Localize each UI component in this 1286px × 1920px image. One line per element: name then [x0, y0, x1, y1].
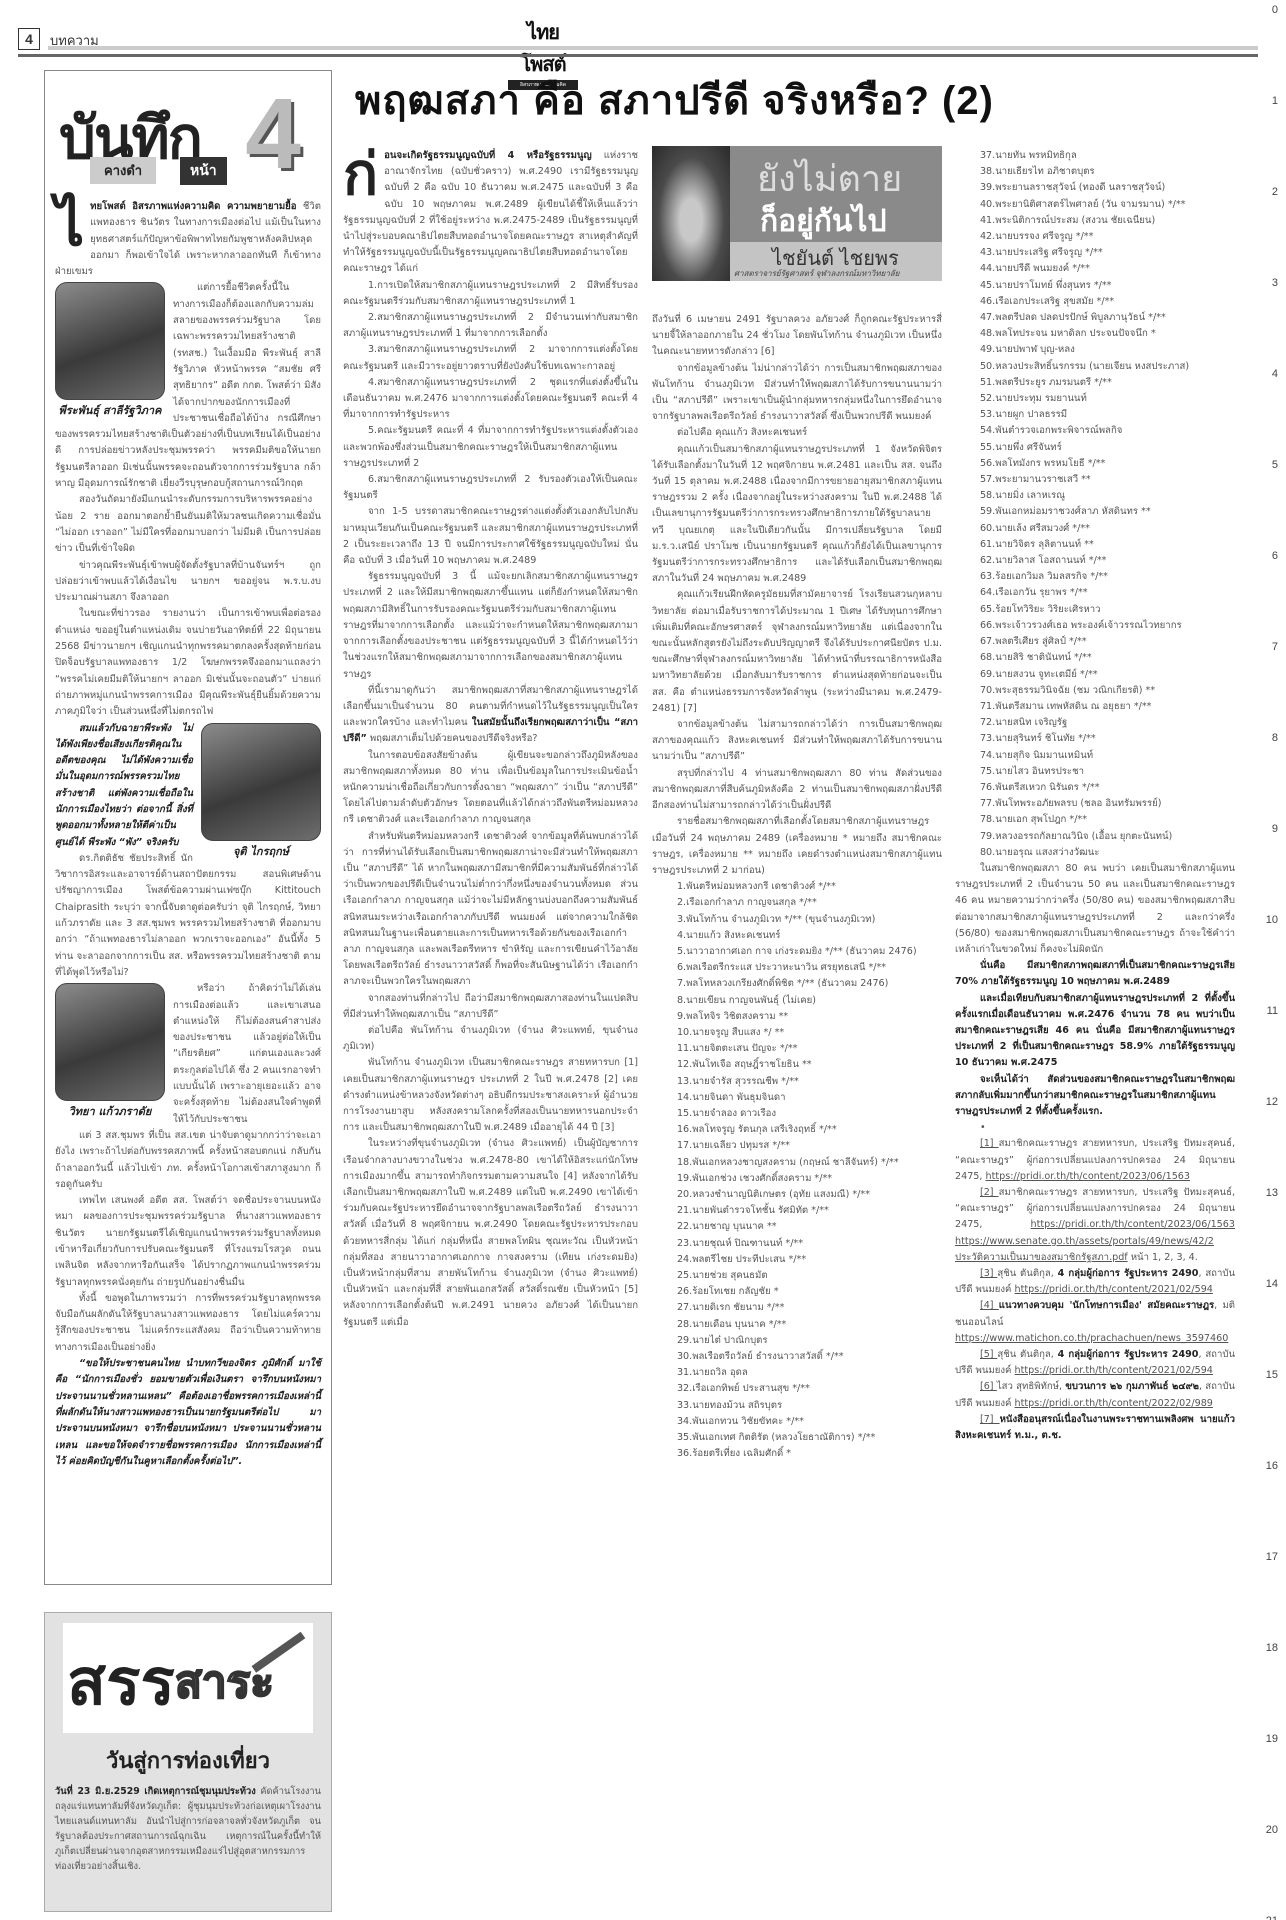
member-list-item: 71.พันตรีสมาน เทพหัสดิน ณ อยุธยา */** — [955, 699, 1235, 715]
member-list-item: 6.พลเรือตรีกระแส ประวาหะนาวิน ศรยุทธเสนี… — [652, 960, 942, 976]
ruler-tick: 7 — [1272, 641, 1278, 653]
member-list-item: 68.นายสิริ ชาตินันทน์ */** — [955, 650, 1235, 666]
dropcap: ไ — [55, 201, 84, 251]
header-rule-light — [48, 46, 1258, 50]
member-list-item: 4.นายแก้ว สิงหะคเชนทร์ — [652, 928, 942, 944]
member-list-item: 2.เรือเอกกำลาภ กาญจนสกุล */** — [652, 895, 942, 911]
column-body: ไทยโพสต์ อิสรภาพแห่งความคิด ความพยายามยื… — [55, 199, 321, 1470]
member-list-item: 69.นายสงวน จูทะเตมีย์ */** — [955, 667, 1235, 683]
member-list-item: 77.พันโทพระอภัยพลรบ (ชลอ อินทรัมพรรย์) — [955, 796, 1235, 812]
member-list-item: 47.พลตรีปลด ปลดปรปักษ์ พิบูลภานุวัธน์ */… — [955, 310, 1235, 326]
member-list-item: 51.พลตรีประยูร ภมรมนตรี */** — [955, 375, 1235, 391]
sansara-title: วันสู่การท่องเที่ยว — [55, 1743, 321, 1778]
article-column-1: ก่อนจะเกิดรัฐธรรมนูญฉบับที่ 4 หรือรัฐธรร… — [343, 148, 638, 1331]
member-list-item: 65.ร้อยโทวิริยะ วิริยะเศิรหาว — [955, 602, 1235, 618]
member-list-item: 27.นายดิเรก ชัยนาม */** — [652, 1300, 942, 1316]
member-list-item: 78.นายเอก สุพโปฎก */** — [955, 812, 1235, 828]
member-list-item: 56.พลโทมังกร พรหมโยธี */** — [955, 456, 1235, 472]
page-ruler: 0123456789101112131415161718192021 — [1246, 0, 1286, 1920]
member-list-item: 3.พันโทก้าน จำนงภูมิเวท */** (ขุนจำนงภูม… — [652, 912, 942, 928]
article-column-3: 37.นายทัน พรหมิทธิกุล38.นายเธียรไท อภิชา… — [955, 148, 1235, 1444]
ruler-tick: 13 — [1266, 1187, 1278, 1199]
member-list-item: 67.พลตรีเศียร สู่ศิลป์ */** — [955, 634, 1235, 650]
member-list-item: 70.พระสุธรรมวินิจฉัย (ชม วณิกเกียรติ) ** — [955, 683, 1235, 699]
ruler-tick: 2 — [1272, 186, 1278, 198]
ruler-tick: 6 — [1272, 550, 1278, 562]
article-headline: พฤฒสภา คือ สภาปรีดี จริงหรือ? (2) — [355, 68, 1235, 132]
header-rule — [18, 54, 1258, 57]
page-header: 4 บทความ ไทยโพสต์ อิสรภาพแห่งความคิด — [18, 24, 1258, 54]
member-list-item: 10.นายจรูญ สืบแสง */ ** — [652, 1025, 942, 1041]
ruler-tick: 15 — [1266, 1369, 1278, 1381]
reference-number-link[interactable]: [4] — [980, 1300, 999, 1311]
reference-url-link[interactable]: https://pridi.or.th/th/content/2022/02/9… — [1015, 1398, 1213, 1409]
member-list-item: 36.ร้อยตรีเที่ยง เฉลิมศักดิ์ * — [652, 1446, 942, 1462]
member-list-item: 73.นายสุรินทร์ ชิโนทัย */** — [955, 731, 1235, 747]
member-list-item: 26.ร้อยโทเชย กลัญชัย * — [652, 1284, 942, 1300]
member-list-item: 14.นายจินดา พันธุมจินดา — [652, 1090, 942, 1106]
member-list-item: 52.นายประทุม รมยานนท์ — [955, 391, 1235, 407]
member-list-item: 63.ร้อยเอกวิมล วิมลสรกิจ */** — [955, 569, 1235, 585]
member-list-item: 37.นายทัน พรหมิทธิกุล — [955, 148, 1235, 164]
member-list-item: 32.เรือเอกทิพย์ ประสานสุข */** — [652, 1381, 942, 1397]
member-list-item: 35.พันเอกเทศ กิตติรัต (หลวงโยธาณัติการ) … — [652, 1430, 942, 1446]
ruler-tick: 3 — [1272, 277, 1278, 289]
column-banner: บันทึก 4 คางดำ หน้า — [55, 79, 321, 199]
member-list-item: 29.นายไต๋ ปาณิกบุตร — [652, 1333, 942, 1349]
reference-url-link[interactable]: https://www.matichon.co.th/prachachuen/n… — [955, 1333, 1228, 1344]
member-list-item: 25.นายช่วย สุคนธมัต — [652, 1268, 942, 1284]
member-list-item: 11.นายจิตตะเสน ปัญจะ */** — [652, 1041, 942, 1057]
member-list-item: 48.พลโทประจน มหาดิลก ประจนปัจจนึก * — [955, 326, 1235, 342]
page-number: 4 — [18, 28, 40, 50]
reference-url-link[interactable]: https://pridi.or.th/th/content/2023/06/1… — [986, 1171, 1191, 1182]
member-list-item: 79.หลวงอรรถกัลยาณวินิจ (เอื้อน ยุกตะนันท… — [955, 829, 1235, 845]
member-list-item: 55.นายพึ่ง ศรีจันทร์ — [955, 440, 1235, 456]
member-list-item: 44.นายปรีดี พนมยงค์ */** — [955, 261, 1235, 277]
photo-juti: จุติ ไกรฤกษ์ — [201, 723, 321, 859]
member-list-item: 74.นายสุกิจ นิมมานเหมินท์ — [955, 748, 1235, 764]
portrait-image — [55, 983, 165, 1101]
ruler-tick: 12 — [1266, 1096, 1278, 1108]
reference-item: [3] สุชิน ตันติกุล, 4 กลุ่มผู้ก่อการ รัฐ… — [955, 1266, 1235, 1298]
member-list-item: 40.พระยานิติศาสตร์ไพศาลย์ (วัน จามรมาน) … — [955, 197, 1235, 213]
member-list-part-2: 37.นายทัน พรหมิทธิกุล38.นายเธียรไท อภิชา… — [955, 148, 1235, 861]
member-list-item: 38.นายเธียรไท อภิชาตบุตร — [955, 164, 1235, 180]
member-list-item: 20.หลวงชำนาญนิติเกษตร (อุทัย แสงมณี) */*… — [652, 1187, 942, 1203]
member-list-item: 28.นายเดือน บุนนาค */** — [652, 1317, 942, 1333]
reference-item: [1] สมาชิกคณะราษฎร สายทหารบก, ประเสริฐ ป… — [955, 1136, 1235, 1185]
portrait-image — [55, 282, 165, 400]
member-list-item: 46.เรือเอกประเสริฐ สุขสมัย */** — [955, 294, 1235, 310]
reference-number-link[interactable]: [6] — [980, 1381, 997, 1392]
member-list-item: 19.พันเอกช่วง เชวงศักดิ์สงคราม */** — [652, 1171, 942, 1187]
reference-number-link[interactable]: [3] — [980, 1268, 997, 1279]
member-list-item: 22.นายชาญ บุนนาค ** — [652, 1219, 942, 1235]
dropcap: ก่ — [343, 150, 378, 200]
member-list-item: 42.นายบรรจง ศรีจรูญ */** — [955, 229, 1235, 245]
photo-peerapan: พีระพันธุ์ สาลีรัฐวิภาค — [55, 282, 165, 418]
ruler-tick: 8 — [1272, 732, 1278, 744]
reference-item: [5] สุชิน ตันติกุล, 4 กลุ่มผู้ก่อการ รัฐ… — [955, 1347, 1235, 1379]
reference-number-link[interactable]: [7] — [980, 1414, 1000, 1425]
reference-url-link[interactable]: https://pridi.or.th/th/content/2021/02/5… — [1015, 1284, 1213, 1295]
reference-url-link[interactable]: https://pridi.or.th/th/content/2021/02/5… — [1015, 1365, 1213, 1376]
photo-wittaya: วิทยา แก้วภราดัย — [55, 983, 165, 1119]
member-list-item: 45.นายปราโมทย์ พึ่งสุนทร */** — [955, 278, 1235, 294]
member-list-item: 61.นายวิจิตร ลุลิตานนท์ ** — [955, 537, 1235, 553]
ruler-tick: 17 — [1266, 1551, 1278, 1563]
member-list-item: 53.นายผูก ปาลธรรมี — [955, 407, 1235, 423]
portrait-image — [201, 723, 321, 841]
member-list-item: 66.พระเจ้าวรวงศ์เธอ พระองค์เจ้าวรรณไวทยา… — [955, 618, 1235, 634]
member-list-item: 21.นายพันตำรวจโทชั้น รัศมิทัต */** — [652, 1203, 942, 1219]
member-list-item: 62.นายวิลาส โอสถานนท์ */** — [955, 553, 1235, 569]
author-role: ศาสตราจารย์รัฐศาสตร์ จุฬาลงกรณ์มหาวิทยาล… — [734, 267, 899, 280]
ruler-tick: 5 — [1272, 459, 1278, 471]
member-list-item: 18.พันเอกหลวงชาญสงคราม (กฤษณ์ ชาลีจันทร์… — [652, 1155, 942, 1171]
member-list-item: 17.นายเฉลียว ปทุมรส */** — [652, 1138, 942, 1154]
sansara-box: สรร สาระ วันสู่การท่องเที่ยว วันที่ 23 ม… — [44, 1612, 332, 1912]
reference-item: [4] แนวทางควบคุม 'นักโทษการเมือง' สมัยคณ… — [955, 1298, 1235, 1347]
sansara-description: วันที่ 23 มิ.ย.2529 เกิดเหตุการณ์ชุมนุมป… — [55, 1784, 321, 1874]
member-list-item: 13.นายจำรัส สุวรรณชีพ */** — [652, 1074, 942, 1090]
reference-item: [6] ไสว สุทธิพิทักษ์, ขบวนการ ๒๖ กุมภาพั… — [955, 1379, 1235, 1411]
member-list-item: 41.พระนิติการณ์ประสม (สงวน ชัยเฉนียน) — [955, 213, 1235, 229]
member-list-item: 72.นายสนิท เจริญรัฐ — [955, 715, 1235, 731]
member-list-item: 24.พลตรีไชย ประทีปะเสน */** — [652, 1252, 942, 1268]
member-list-item: 49.นายปพาฬ บุญ-หลง — [955, 342, 1235, 358]
member-list-item: 39.พระยานลราชสุวัจน์ (ทองดี นลราชสุวัจน์… — [955, 180, 1235, 196]
member-list-item: 31.นายถวิล อุดล — [652, 1365, 942, 1381]
member-list-item: 7.พลโทหลวงเกรียงศักดิ์พิชิต */** (ธันวาค… — [652, 976, 942, 992]
sansara-logo: สรร สาระ — [63, 1623, 313, 1733]
reference-number-link[interactable]: [5] — [980, 1349, 997, 1360]
member-list-item: 58.นายมิ่ง เลาหเรณู — [955, 488, 1235, 504]
ruler-tick: 18 — [1266, 1642, 1278, 1654]
ruler-tick: 4 — [1272, 368, 1278, 380]
ruler-tick: 19 — [1266, 1733, 1278, 1745]
reference-number-link[interactable]: [1] — [980, 1138, 999, 1149]
member-list-item: 75.นายไสว อินทรประชา — [955, 764, 1235, 780]
member-list-item: 8.นายเขียน กาญจนพันธุ์ (ไม่เคย) — [652, 993, 942, 1009]
member-list-item: 50.หลวงประสิทธิ์นรกรรม (นายเจียน หงสประภ… — [955, 359, 1235, 375]
member-list-item: 16.พลโทจรูญ รัตนกุล เสรีเริงฤทธิ์ */** — [652, 1122, 942, 1138]
member-list-item: 60.นายเล้ง ศรีสมวงศ์ */** — [955, 521, 1235, 537]
author-photo — [652, 146, 730, 281]
member-list-item: 64.เรือเอกวัน รุยาพร */** — [955, 585, 1235, 601]
member-list-item: 54.พันตำรวจเอกพระพิจารณ์พลกิจ — [955, 423, 1235, 439]
number-4-graphic: 4 — [225, 79, 321, 189]
member-list-item: 1.พันตรีหม่อมหลวงกรี เดชาติวงศ์ */** — [652, 879, 942, 895]
ruler-tick: 16 — [1266, 1460, 1278, 1472]
member-list-item: 57.พระยามานวราชเสวี ** — [955, 472, 1235, 488]
member-list-item: 80.นายอรุณ แสงสว่างวัฒนะ — [955, 845, 1235, 861]
member-list-item: 76.พันตรีสเหวก นิรันดร */** — [955, 780, 1235, 796]
member-list-item: 15.นายจำลอง ดาวเรือง — [652, 1106, 942, 1122]
reference-number-link[interactable]: [2] — [980, 1187, 999, 1198]
ruler-tick: 20 — [1266, 1824, 1278, 1836]
author-byline-banner: ยังไม่ตาย ก็อยู่กันไป ไชยันต์ ไชยพร ศาสต… — [652, 146, 942, 281]
ruler-tick: 1 — [1272, 95, 1278, 107]
member-list-item: 59.พันเอกหม่อมราชวงศ์ลาภ หัสดินทร ** — [955, 504, 1235, 520]
member-list-part-1: 1.พันตรีหม่อมหลวงกรี เดชาติวงศ์ */**2.เร… — [652, 879, 942, 1462]
member-list-item: 23.นายชุณห์ ปิณฑานนท์ */** — [652, 1236, 942, 1252]
member-list-item: 9.พลโทจิร วิชิตสงคราม ** — [652, 1009, 942, 1025]
member-list-item: 5.นาวาอากาศเอก กาจ เก่งระดมยิง */** (ธัน… — [652, 944, 942, 960]
ruler-tick: 0 — [1272, 4, 1278, 16]
reference-item: [2] สมาชิกคณะราษฎร สายทหารบก, ประเสริฐ ป… — [955, 1185, 1235, 1266]
article-column-2: ถึงวันที่ 6 เมษายน 2491 รัฐบาลควง อภัยวง… — [652, 312, 942, 1462]
member-list-item: 43.นายประเสริฐ ศรีจรูญ */** — [955, 245, 1235, 261]
ruler-tick: 9 — [1272, 823, 1278, 835]
member-list-item: 12.พันโทเจือ สฤษฎิ์ราชโยธิน ** — [652, 1057, 942, 1073]
ruler-tick: 21 — [1266, 1915, 1278, 1920]
member-list-item: 34.พันเอกทวน วิชัยขัทคะ */** — [652, 1414, 942, 1430]
member-list-item: 30.พลเรือตรีถวัลย์ ธำรงนาวาสวัสดิ์ */** — [652, 1349, 942, 1365]
ruler-tick: 10 — [1266, 914, 1278, 926]
reference-item: [7] หนังสืออนุสรณ์เนื่องในงานพระราชทานเพ… — [955, 1412, 1235, 1444]
column-banthuek-na-4: บันทึก 4 คางดำ หน้า ไทยโพสต์ อิสรภาพแห่ง… — [44, 70, 332, 1585]
member-list-item: 33.นายทองม้วน สถิรบุตร — [652, 1398, 942, 1414]
ruler-tick: 11 — [1267, 1005, 1278, 1017]
references-list: [1] สมาชิกคณะราษฎร สายทหารบก, ประเสริฐ ป… — [955, 1136, 1235, 1444]
ruler-tick: 14 — [1266, 1278, 1278, 1290]
